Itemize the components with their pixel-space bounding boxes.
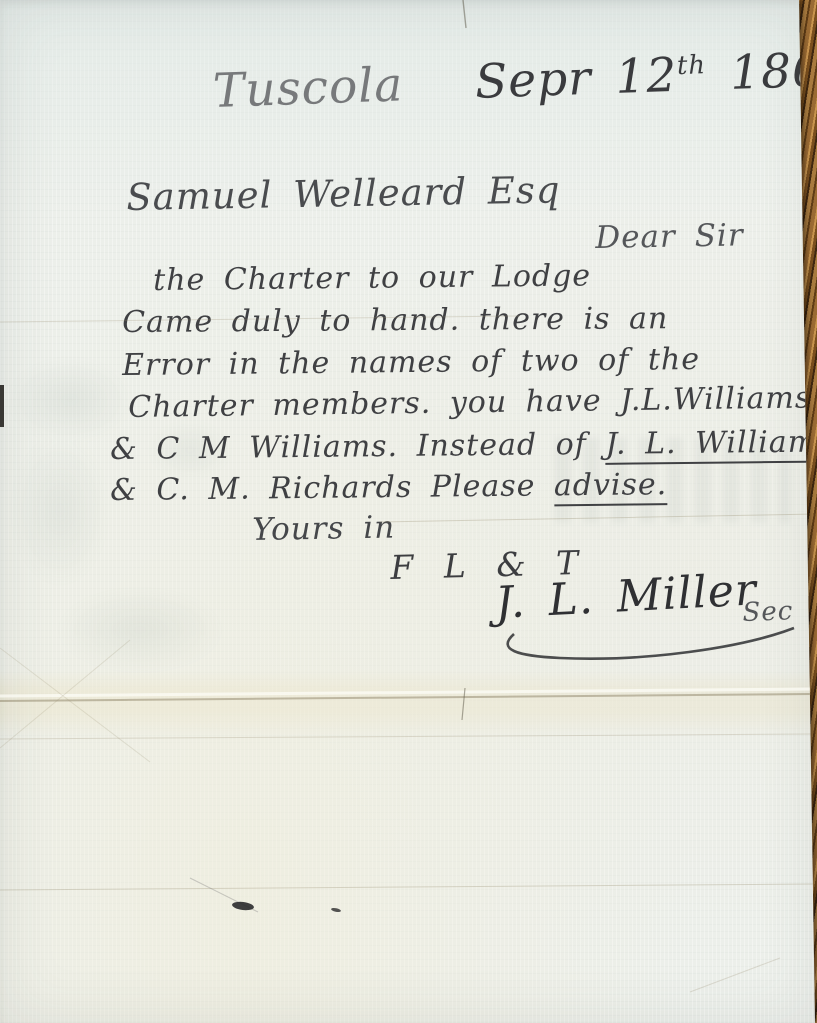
body-line-3-text: Error in the names of two of the: [122, 342, 700, 383]
crease-4: [0, 884, 817, 890]
heading-year: 1866: [729, 42, 817, 101]
heading-line: Tuscola Sepr 12th 1866: [212, 42, 817, 119]
heading-month-day: Sepr 12: [474, 48, 678, 110]
crack-fold: [462, 688, 465, 720]
letter-photo: Tuscola Sepr 12th 1866 Samuel Welleard E…: [0, 0, 817, 1023]
body-line-5-underlined: J. L. Williams: [605, 424, 817, 464]
paper-wrap: Tuscola Sepr 12th 1866 Samuel Welleard E…: [0, 0, 817, 1023]
closing-line-1: Yours in: [252, 510, 395, 548]
body-line-2-text: Came duly to hand. there is an: [122, 301, 668, 340]
body-line-1-text: the Charter to our Lodge: [153, 258, 591, 298]
ink-blot-small: [331, 907, 342, 913]
heading-ordinal: th: [676, 50, 706, 81]
ink-blot: [232, 901, 255, 912]
body-line-3: Error in the names of two of the: [122, 342, 700, 383]
body-line-1: the Charter to our Lodge: [153, 258, 591, 298]
crease-diag-3: [690, 958, 780, 992]
heading-space: [426, 56, 452, 112]
crack-top: [463, 0, 466, 28]
heading-place: Tuscola: [212, 57, 404, 119]
body-line-6-underlined: advise.: [554, 467, 668, 506]
signature-flourish: [508, 628, 794, 659]
pencil-scratch: [190, 878, 258, 912]
letter-paper: Tuscola Sepr 12th 1866 Samuel Welleard E…: [0, 0, 817, 1023]
body-line-2: Came duly to hand. there is an: [122, 301, 668, 340]
signature-title: Sec: [742, 596, 794, 628]
body-line-6-text: & C. M. Richards Please: [110, 468, 554, 508]
body-line-5-text: & C M Williams. Instead of: [110, 427, 606, 467]
recipient-line: Samuel Welleard Esq: [126, 168, 561, 219]
crease-3: [0, 734, 817, 739]
salutation: Dear Sir: [595, 217, 744, 256]
body-line-6: & C. M. Richards Please advise.: [110, 467, 667, 508]
body-line-5: & C M Williams. Instead of J. L. William…: [110, 424, 817, 467]
